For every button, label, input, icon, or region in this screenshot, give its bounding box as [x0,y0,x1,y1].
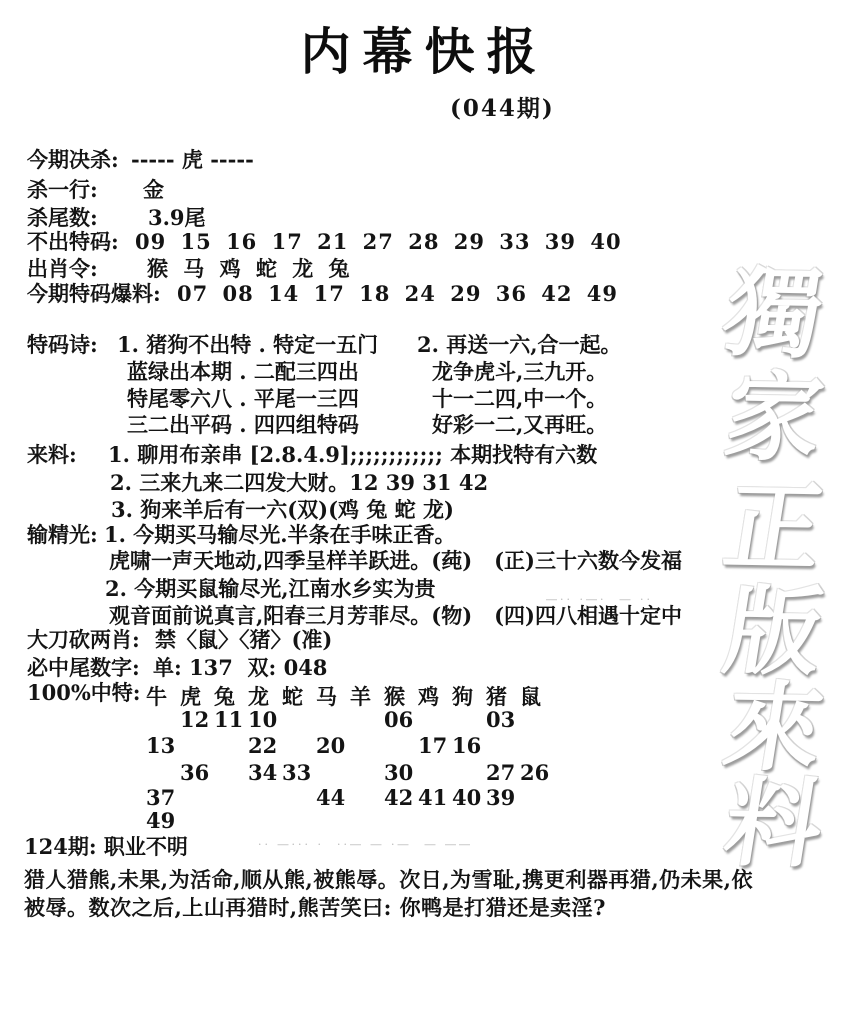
zhongte-grid-cell [214,733,248,758]
kill-zodiac-value: ----- 虎 ----- [131,148,254,172]
kill-tail-value: 3.9尾 [148,206,206,230]
poem-right-3: 好彩一二,又再旺。 [432,413,607,437]
shujingguang-line-3: 2. 今期买鼠输尽光,江南水乡实为贵 [105,577,436,601]
zhongte-grid-cell [146,707,180,732]
zhongte-grid-cell: 06 [384,707,418,732]
zhongte-grid-cell [248,785,282,810]
kill-zodiac-line: 今期决杀: ----- 虎 ----- [27,148,727,172]
poem-left-3: 三二出平码 . 四四组特码 [127,413,359,437]
zhongte-grid-cell: 26 [520,760,554,785]
special-tip-label: 今期特码爆料: [27,282,161,306]
zhongte-grid-row: 1211100603 [146,707,554,732]
zhongte-grid-cell [282,785,316,810]
excluded-numbers-value: 09 15 16 17 21 27 28 29 33 39 40 [135,230,622,254]
zhongte-grid-cell [384,733,418,758]
zhongte-grid-cell [418,760,452,785]
shujingguang-line-1: 1. 今期买马输尽光.半条在手味正香。 [104,523,456,547]
zhongte-grid-cell [350,707,384,732]
poem-right-2: 十一二四,中一个。 [432,387,607,411]
zhongte-grid-cell [316,707,350,732]
zhongte-grid-cell [520,733,554,758]
shujingguang-line-4: 观音面前说真言,阳春三月芳菲尽。(物) (四)四八相遇十定中 [109,604,682,628]
zhongte-grid-cell: 10 [248,707,282,732]
zhongte-grid-cell: 13 [146,733,180,758]
zhongte-grid-cell [452,707,486,732]
zhongte-grid-cell [520,707,554,732]
zhongte-grid-cell [486,733,520,758]
zhongte-grid-cell [282,733,316,758]
zhongte-grid-cell [180,785,214,810]
zhongte-grid-cell: 11 [214,707,248,732]
kill-element-line: 杀一行: 金 [27,178,727,202]
zhongte-grid-row: 1322201716 [146,733,554,758]
zhongte-grid-cell: 27 [486,760,520,785]
zhongte-grid-cell [316,808,350,833]
zhongte-grid-cell [350,760,384,785]
page: 獨家正版來料 内幕快报 (044期) 今期决杀: ----- 虎 ----- 杀… [0,0,849,1024]
zhongte-grid-cell: 03 [486,707,520,732]
kill-tail-label: 杀尾数: [27,206,98,230]
zhongte-grid-cell [350,733,384,758]
zhongte-grid-cell [214,808,248,833]
lailiao-item-1: 1. 聊用布亲串 [2.8.4.9];;;;;;;;;;;; 本期找特有六数 [108,443,597,467]
excluded-numbers-line: 不出特码: 09 15 16 17 21 27 28 29 33 39 40 [27,230,727,254]
zodiac-order-line: 出肖令: 猴 马 鸡 蛇 龙 兔 [27,257,727,281]
kill-zodiac-label: 今期决杀: [27,148,119,172]
bizhong-line: 必中尾数字: 单: 137 双: 048 [27,656,727,680]
issue-number: (044期) [450,90,555,123]
zhongte-grid-cell [520,808,554,833]
dadao-value: 禁〈鼠〉〈猪〉(准) [155,628,332,652]
shujingguang-label: 输精光: [27,523,98,547]
zodiac-order-value: 猴 马 鸡 蛇 龙 兔 [147,257,351,281]
whiteout-smudge: ―·· ·―· ― ·· [546,593,653,606]
zhongte-grid-row: 363433302726 [146,760,554,785]
zhongte-grid-cell: 16 [452,733,486,758]
poem-left-0: 1. 猪狗不出特 . 特定一五门 [117,333,378,357]
zhongte-grid-cell: 42 [384,785,418,810]
poem-left-2: 特尾零六八 . 平尾一三四 [127,387,359,411]
excluded-numbers-label: 不出特码: [27,230,119,254]
zhongte-grid-cell: 41 [418,785,452,810]
joke-line-1: 猎人猎熊,未果,为活命,顺从熊,被熊辱。次日,为雪耻,携更利器再猎,仍未果,依 [24,864,753,894]
bizhong-value: 单: 137 双: 048 [153,656,327,680]
zhongte-grid-cell [520,785,554,810]
zhongte-grid-row: 374442414039 [146,785,554,810]
poem-row: 三二出平码 . 四四组特码 好彩一二,又再旺。 [0,413,760,437]
kill-element-value: 金 [143,178,164,202]
joke-heading: 124期: 职业不明 [24,835,188,859]
zhongte-grid-cell [418,707,452,732]
dadao-label: 大刀砍两肖: [27,628,140,652]
zhongte-grid-cell: 33 [282,760,316,785]
zhongte-grid-cell [418,808,452,833]
zhongte-grid-cell [350,785,384,810]
zhongte-grid-cell: 30 [384,760,418,785]
zhongte-grid-cell [214,760,248,785]
zhongte-grid-cell [316,760,350,785]
poem-row: 蓝绿出本期 . 二配三四出 龙争虎斗,三九开。 [0,360,760,384]
zhongte-grid-cell: 34 [248,760,282,785]
page-title: 内幕快报 [0,12,849,84]
zhongte-grid-cell: 12 [180,707,214,732]
zhongte-grid-cell: 17 [418,733,452,758]
joke-line-2: 被辱。数次之后,上山再猎时,熊苦笑曰: 你鸭是打猎还是卖淫? [24,892,606,922]
zhongte-grid-row: 49 [146,808,554,833]
poem-left-1: 蓝绿出本期 . 二配三四出 [127,360,359,384]
poem-right-0: 2. 再送一六,合一起。 [417,333,622,357]
zhongte-grid-cell [282,707,316,732]
zhongte-grid-cell [384,808,418,833]
poem-row: 1. 猪狗不出特 . 特定一五门 2. 再送一六,合一起。 [0,333,760,357]
kill-element-label: 杀一行: [27,178,98,202]
zhongte-grid-cell [452,760,486,785]
zhongte-grid-cell: 20 [316,733,350,758]
zhongte-grid-cell [486,808,520,833]
zhongte-label: 100%中特: [27,681,141,705]
dadao-line: 大刀砍两肖: 禁〈鼠〉〈猪〉(准) [27,628,727,652]
shujingguang-line-2: 虎啸一声天地动,四季呈样羊跃进。(莼) (正)三十六数今发福 [109,549,682,573]
zhongte-grid-cell [248,808,282,833]
lailiao-item-3: 3. 狗来羊后有一六(双)(鸡 兔 蛇 龙) [111,498,454,522]
kill-tail-line: 杀尾数: 3.9尾 [27,206,727,230]
zhongte-grid-cell [452,808,486,833]
lailiao-label: 来料: [27,443,77,467]
zhongte-grid-cell: 44 [316,785,350,810]
zhongte-grid-cell: 37 [146,785,180,810]
zodiac-order-label: 出肖令: [27,257,98,281]
whiteout-band [150,301,570,329]
zhongte-grid-cell [214,785,248,810]
lailiao-item-2: 2. 三来九来二四发大财。12 39 31 42 [110,471,488,495]
zhongte-grid-cell [180,808,214,833]
zhongte-grid-cell [282,808,316,833]
bizhong-label: 必中尾数字: [27,656,140,680]
zhongte-grid-cell [350,808,384,833]
zhongte-grid-cell [180,733,214,758]
zhongte-grid-cell: 40 [452,785,486,810]
zhongte-grid-cell: 49 [146,808,180,833]
poem-right-1: 龙争虎斗,三九开。 [432,360,607,384]
whiteout-smudge: ·· ―··· · ··― ― ·― ― ―― [258,838,473,851]
poem-row: 特尾零六八 . 平尾一三四 十一二四,中一个。 [0,387,760,411]
zhongte-grid-cell: 36 [180,760,214,785]
zhongte-grid-cell: 22 [248,733,282,758]
zhongte-grid-cell [146,760,180,785]
zhongte-grid-cell: 39 [486,785,520,810]
